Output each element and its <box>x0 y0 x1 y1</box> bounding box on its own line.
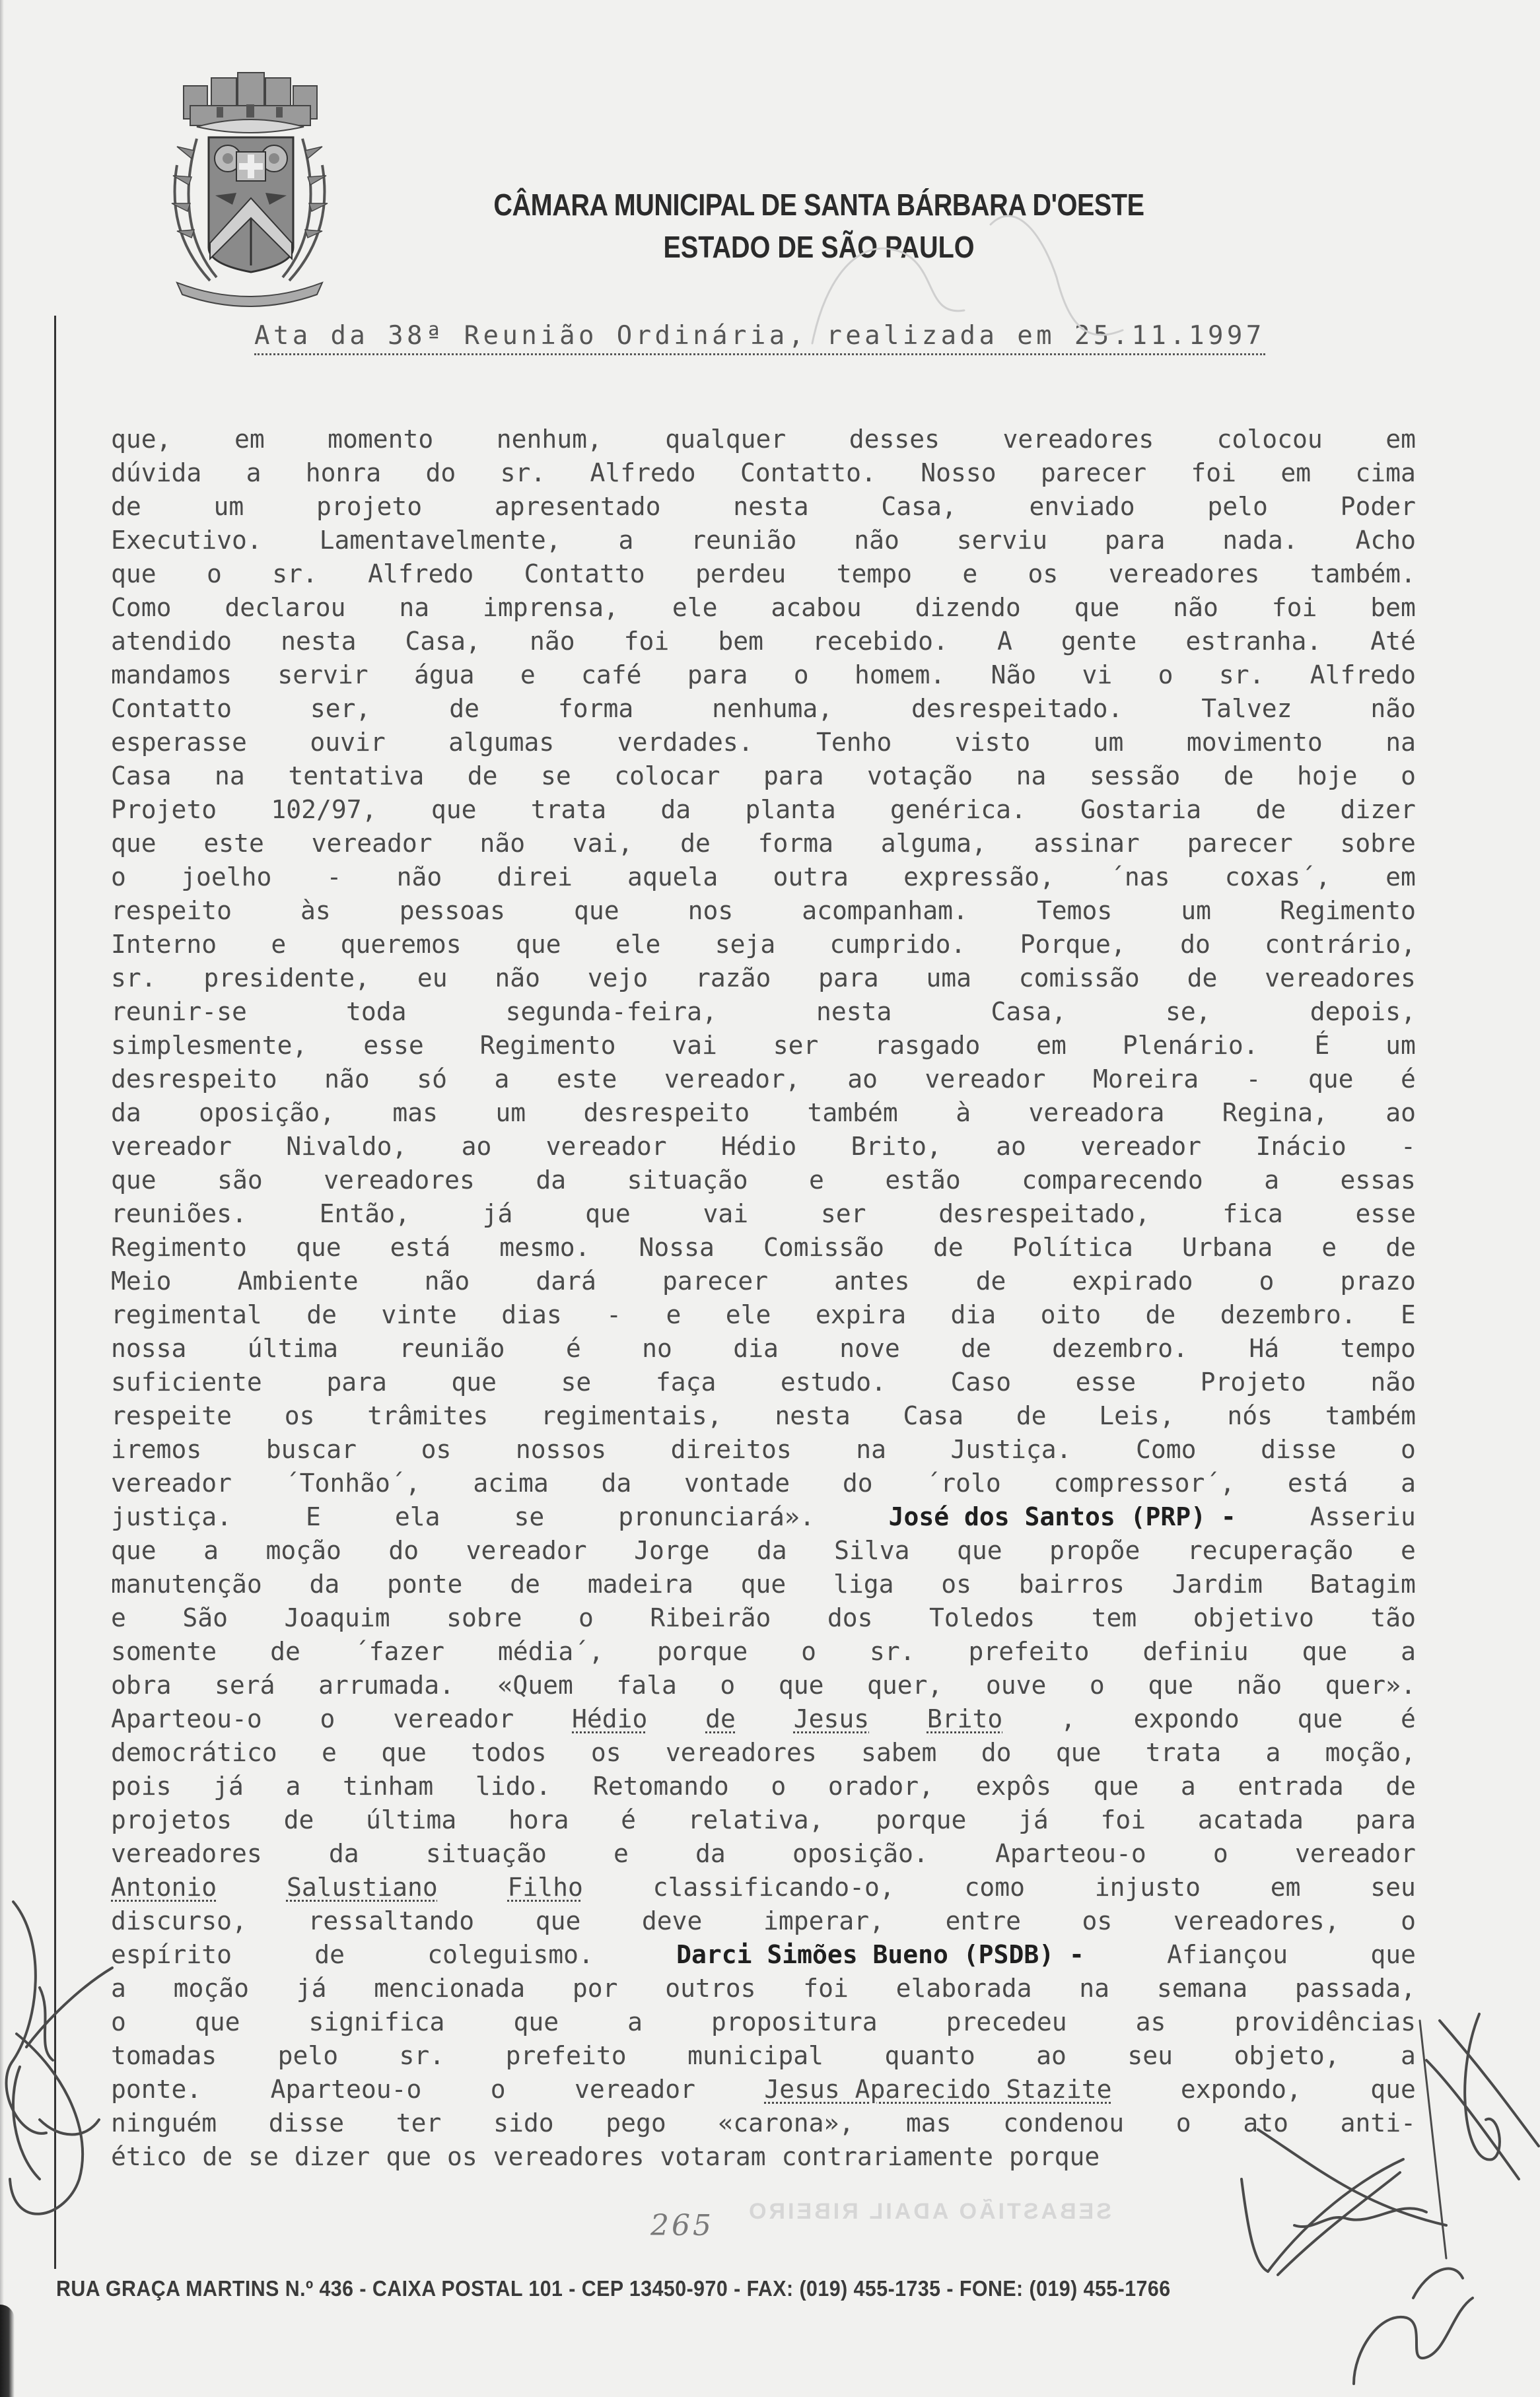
word: da <box>111 1096 141 1130</box>
word: toda <box>346 995 407 1029</box>
word: Nossa <box>639 1231 715 1265</box>
word: do <box>843 1467 873 1500</box>
word: planta <box>745 793 835 827</box>
word: Projeto <box>111 793 217 827</box>
word: madeira <box>588 1568 693 1601</box>
text-line: sr.presidente,eunãovejorazãoparaumacomis… <box>111 961 1416 995</box>
word: esse <box>363 1029 424 1062</box>
word: na <box>399 591 429 625</box>
word: da <box>757 1534 787 1568</box>
word: o <box>578 1601 594 1635</box>
word: anti- <box>1341 2106 1416 2140</box>
word: são <box>217 1164 263 1197</box>
text-line: Regimentoqueestámesmo.NossaComissãodePol… <box>111 1231 1416 1265</box>
word: Jardim <box>1172 1568 1263 1601</box>
word: e <box>322 1736 337 1770</box>
word: que <box>1298 1702 1343 1736</box>
word: trâmites <box>367 1399 488 1433</box>
word: hora <box>508 1803 569 1837</box>
word: se, <box>1166 995 1211 1029</box>
word: mencionada <box>374 1972 525 2005</box>
word: a <box>203 1534 219 1568</box>
word: servir <box>277 658 368 692</box>
word: Ribeirão <box>650 1601 771 1635</box>
word: 102/97, <box>271 793 376 827</box>
word: que <box>111 1164 157 1197</box>
word: sr. <box>272 557 318 591</box>
word: lido. <box>475 1770 551 1803</box>
word: justiça. <box>111 1500 232 1534</box>
text-line: iremosbuscarosnossosdireitosnaJustiça.Co… <box>111 1433 1416 1467</box>
institution-name: CÂMARA MUNICIPAL DE SANTA BÁRBARA D'OEST… <box>433 185 1205 225</box>
word: que, <box>111 423 172 456</box>
text-line: éticodesedizerqueosvereadoresvotaramcont… <box>111 2140 1416 2174</box>
word: Regina, <box>1222 1096 1328 1130</box>
word: para <box>763 759 824 793</box>
word: ponte <box>387 1568 462 1601</box>
word: somente <box>111 1635 217 1669</box>
word: - <box>327 860 342 894</box>
speaker-name: Darci Simões Bueno (PSDB) - <box>676 1938 1084 1972</box>
word: significa <box>309 2005 445 2039</box>
word: à <box>956 1096 971 1130</box>
word: nove <box>839 1332 900 1366</box>
word: que <box>381 1736 427 1770</box>
word: se <box>561 1366 592 1399</box>
word: fala <box>616 1669 677 1702</box>
page-number: 265 <box>650 2209 714 2242</box>
word: em <box>1036 1029 1067 1062</box>
text-line: oquesignificaqueaproposituraprecedeuaspr… <box>111 2005 1416 2039</box>
word: cumprido. <box>829 928 965 961</box>
word: Talvez <box>1201 692 1292 726</box>
word: ponte. <box>111 2073 201 2106</box>
word: de <box>449 692 479 726</box>
word: se <box>514 1500 544 1534</box>
word: da <box>602 1467 632 1500</box>
word: faça <box>656 1366 717 1399</box>
word: serviu <box>957 524 1047 557</box>
text-line: obraseráarrumada.«Quemfalaoquequer,ouveo… <box>111 1669 1416 1702</box>
word: de <box>111 490 141 524</box>
word: vereador <box>393 1702 514 1736</box>
word: tinham <box>343 1770 433 1803</box>
word: estudo. <box>781 1366 886 1399</box>
word: «Quem <box>497 1669 573 1702</box>
word: que <box>536 1904 581 1938</box>
text-line: tomadaspelosr.prefeitomunicipalquantoaos… <box>111 2039 1416 2073</box>
word: nesta <box>816 995 892 1029</box>
scan-shadow-corner <box>0 2305 15 2397</box>
text-line: eSãoJoaquimsobreoRibeirãodosToledostemob… <box>111 1601 1416 1635</box>
word: moção, <box>1325 1736 1416 1770</box>
word: buscar <box>266 1433 357 1467</box>
word: razão <box>695 961 771 995</box>
word: Caso <box>951 1366 1012 1399</box>
word: porque <box>876 1803 966 1837</box>
word: será <box>215 1669 275 1702</box>
word: Batagim <box>1310 1568 1416 1601</box>
word: coleguismo. <box>427 1938 594 1972</box>
word: nesta <box>775 1399 850 1433</box>
word: democrático <box>111 1736 277 1770</box>
word: os <box>1082 1904 1113 1938</box>
word: nenhuma, <box>712 692 833 726</box>
word: A <box>997 625 1012 658</box>
underlined-name: Jesus Aparecido Stazite <box>764 2073 1111 2106</box>
word: já <box>297 1972 327 2005</box>
word: situação <box>627 1164 748 1197</box>
word: de <box>270 1635 300 1669</box>
word: - <box>606 1298 621 1332</box>
word: honra <box>306 456 381 490</box>
word: o <box>771 1770 786 1803</box>
word: semana <box>1157 1972 1247 2005</box>
word: pois <box>111 1770 172 1803</box>
word: ´fazer <box>354 1635 444 1669</box>
word: precedeu <box>946 2005 1067 2039</box>
text-line: atendidonestaCasa,nãofoibemrecebido.Agen… <box>111 625 1416 658</box>
text-line: desrespeitonãosóaestevereador,aovereador… <box>111 1062 1416 1096</box>
word: de <box>314 1938 345 1972</box>
word: a <box>286 1770 301 1803</box>
text-line: vereadorNivaldo,aovereadorHédioBrito,aov… <box>111 1130 1416 1164</box>
word: por <box>573 1972 618 2005</box>
word: não <box>397 860 442 894</box>
word: o <box>1259 1265 1275 1298</box>
word: acompanham. <box>802 894 968 928</box>
word: algumas <box>448 726 554 759</box>
word: contrariamente <box>782 2140 993 2174</box>
word: já <box>1018 1803 1049 1837</box>
word: o <box>207 557 222 591</box>
word: alguma, <box>881 827 987 860</box>
word: gente <box>1061 625 1137 658</box>
word: não <box>854 524 899 557</box>
word: tempo <box>1341 1332 1416 1366</box>
word: última <box>366 1803 456 1837</box>
word: foi <box>1272 591 1317 625</box>
word: vontade <box>684 1467 790 1500</box>
word: vereador <box>1295 1837 1416 1871</box>
word: Brito, <box>851 1130 942 1164</box>
word: de <box>976 1265 1006 1298</box>
word: classificando-o, <box>653 1871 895 1904</box>
word: não <box>1236 1669 1282 1702</box>
minutes-body: que,emmomentonenhum,qualquerdessesveread… <box>111 423 1416 2174</box>
word: ato <box>1243 2106 1288 2140</box>
word: na <box>856 1433 886 1467</box>
word: recuperação <box>1187 1534 1354 1568</box>
word: É <box>1314 1029 1329 1062</box>
word: Aparteou-o <box>111 1702 262 1736</box>
word: colocar <box>614 759 720 793</box>
word: ouvir <box>310 726 385 759</box>
word: Moreira <box>1093 1062 1199 1096</box>
word: já <box>213 1770 244 1803</box>
word: o <box>1213 1837 1228 1871</box>
word: ser, <box>310 692 371 726</box>
word: vi <box>1082 658 1113 692</box>
word: regimentais, <box>541 1399 722 1433</box>
word: em <box>1385 423 1416 456</box>
word: de <box>680 827 711 860</box>
word: em <box>1271 1871 1301 1904</box>
word: que <box>195 2005 240 2039</box>
text-line: dúvidaahonradosr.AlfredoContatto.Nossopa… <box>111 456 1416 490</box>
word: todos <box>471 1736 546 1770</box>
word: hoje <box>1297 759 1358 793</box>
word: essas <box>1341 1164 1416 1197</box>
word: Há <box>1249 1332 1279 1366</box>
word: ao <box>847 1062 878 1096</box>
word: desrespeitado. <box>911 692 1123 726</box>
word: dizer <box>295 2140 370 2174</box>
word: em <box>234 423 265 456</box>
text-line: Casanatentativadesecolocarparavotaçãonas… <box>111 759 1416 793</box>
word: reunião <box>399 1332 505 1366</box>
word: que <box>1094 1770 1139 1803</box>
word: ao <box>1036 2039 1067 2073</box>
word: situação <box>426 1837 547 1871</box>
word: que <box>386 2140 431 2174</box>
word: que <box>431 793 477 827</box>
word: às <box>300 894 331 928</box>
word: mandamos <box>111 658 232 692</box>
word: rasgado <box>874 1029 980 1062</box>
word: E <box>1401 1298 1416 1332</box>
word: é <box>566 1332 581 1366</box>
word: vereador <box>546 1130 667 1164</box>
word: é <box>1401 1062 1416 1096</box>
word: do <box>1180 928 1210 961</box>
text-line: amoçãojámencionadaporoutrosfoielaboradan… <box>111 1972 1416 2005</box>
word: vinte <box>381 1298 456 1332</box>
word: Então, <box>320 1197 410 1231</box>
word: Regimento <box>480 1029 616 1062</box>
word: de <box>202 2140 232 2174</box>
word: forma <box>558 692 633 726</box>
word: Casa, <box>881 490 956 524</box>
word: nós <box>1227 1399 1273 1433</box>
word: sr. <box>501 456 546 490</box>
word: de <box>510 1568 540 1601</box>
word: e <box>809 1164 824 1197</box>
word: Plenário. <box>1123 1029 1259 1062</box>
word: E <box>306 1500 321 1534</box>
word: porque <box>1009 2140 1100 2174</box>
underlined-name: Filho <box>508 1871 583 1904</box>
text-line: manutençãodapontedemadeiraqueligaosbairr… <box>111 1568 1416 1601</box>
word: quer, <box>867 1669 942 1702</box>
word: os <box>941 1568 971 1601</box>
word: projeto <box>316 490 422 524</box>
word: os <box>591 1736 621 1770</box>
word: manutenção <box>111 1568 262 1601</box>
word: definiu <box>1142 1635 1248 1669</box>
word: que <box>451 1366 497 1399</box>
word: moção <box>265 1534 341 1568</box>
text-line: queestevereadornãovai,deformaalguma,assi… <box>111 827 1416 860</box>
word: a <box>494 1062 509 1096</box>
word: pronunciará». <box>618 1500 814 1534</box>
word: a <box>619 524 634 557</box>
word: e <box>520 658 536 692</box>
text-line: poisjáatinhamlido.Retomandooorador,expôs… <box>111 1770 1416 1803</box>
word: e <box>1321 1231 1337 1265</box>
word: bem <box>1370 591 1416 625</box>
word: dezembro. <box>1220 1298 1356 1332</box>
word: nossa <box>111 1332 186 1366</box>
word: objetivo <box>1193 1601 1314 1635</box>
word: café <box>581 658 642 692</box>
word: e <box>962 557 977 591</box>
word: da <box>536 1164 566 1197</box>
word: esperasse <box>111 726 247 759</box>
word: os <box>1028 557 1059 591</box>
underlined-name: Jesus <box>794 1702 869 1736</box>
word: ninguém <box>111 2106 217 2140</box>
word: ser <box>773 1029 819 1062</box>
text-line: respeiteostrâmitesregimentais,nestaCasad… <box>111 1399 1416 1433</box>
word: Lamentavelmente, <box>320 524 561 557</box>
word: respeite <box>111 1399 232 1433</box>
word: que <box>1302 1635 1348 1669</box>
word: de <box>468 759 498 793</box>
scan-shadow-left <box>0 0 4 2397</box>
word: só <box>417 1062 447 1096</box>
word: Não <box>991 658 1037 692</box>
word: está <box>1288 1467 1348 1500</box>
word: o <box>1401 1904 1416 1938</box>
word: discurso, <box>111 1904 247 1938</box>
word: na <box>1079 1972 1109 2005</box>
word: votação <box>867 759 973 793</box>
text-line: Internoequeremosqueelesejacumprido.Porqu… <box>111 928 1416 961</box>
word: eu <box>417 961 448 995</box>
word: que <box>574 894 619 928</box>
text-line: reuniões.Então,jáquevaiserdesrespeitado,… <box>111 1197 1416 1231</box>
text-line: ninguémdissetersidopego«carona»,masconde… <box>111 2106 1416 2140</box>
word: , <box>1061 1702 1076 1736</box>
word: que <box>1370 1938 1416 1972</box>
word: e <box>666 1298 681 1332</box>
word: a <box>1401 2039 1416 2073</box>
text-line: vereadoresdasituaçãoedaoposição.Aparteou… <box>111 1837 1416 1871</box>
word: passada, <box>1295 1972 1416 2005</box>
word: quer». <box>1325 1669 1416 1702</box>
word: desses <box>849 423 940 456</box>
word: do <box>388 1534 419 1568</box>
word: dizendo <box>915 591 1021 625</box>
word: atendido <box>111 625 232 658</box>
word: o <box>1401 1433 1416 1467</box>
word: Nivaldo, <box>286 1130 407 1164</box>
word: não <box>1173 591 1218 625</box>
word: Contatto. <box>740 456 876 490</box>
text-line: Aparteou-oovereadorHédiodeJesusBrito,exp… <box>111 1702 1416 1736</box>
word: imprensa, <box>483 591 619 625</box>
word: Alfredo <box>368 557 473 591</box>
word: pelo <box>278 2039 339 2073</box>
word: Alfredo <box>590 456 696 490</box>
word: também <box>808 1096 898 1130</box>
word: trata <box>531 793 606 827</box>
word: que <box>1148 1669 1193 1702</box>
word: do <box>426 456 456 490</box>
word: entrada <box>1238 1770 1343 1803</box>
word: dizer <box>1340 793 1415 827</box>
word: que <box>741 1568 787 1601</box>
word: o <box>1401 759 1416 793</box>
word: São <box>182 1601 228 1635</box>
text-line: deumprojetoapresentadonestaCasa,enviadop… <box>111 490 1416 524</box>
word: queremos <box>341 928 462 961</box>
word: água <box>414 658 475 692</box>
word: da <box>695 1837 726 1871</box>
word: declarou <box>225 591 345 625</box>
word: expondo, <box>1181 2073 1302 2106</box>
word: - <box>1401 1130 1416 1164</box>
word: Afiançou <box>1167 1938 1288 1972</box>
word: não <box>1370 1366 1416 1399</box>
word: nesta <box>733 490 808 524</box>
word: nenhum, <box>497 423 602 456</box>
word: providências <box>1234 2005 1416 2039</box>
word: de <box>961 1332 991 1366</box>
word: Casa, <box>991 995 1067 1029</box>
state-name: ESTADO DE SÃO PAULO <box>433 227 1205 267</box>
word: ela <box>395 1500 440 1534</box>
text-line: ojoelho-nãodireiaquelaoutraexpressão,´na… <box>111 860 1416 894</box>
word: ter <box>396 2106 442 2140</box>
text-line: daoposição,masumdesrespeitotambémàveread… <box>111 1096 1416 1130</box>
word: seu <box>1127 2039 1173 2073</box>
word: Toledos <box>929 1601 1035 1635</box>
word: ele <box>672 591 718 625</box>
word: que <box>111 557 157 591</box>
word: a <box>1181 1770 1196 1803</box>
word: seja <box>715 928 776 961</box>
word: vereador, <box>664 1062 800 1096</box>
word: deve <box>642 1904 703 1938</box>
word: suficiente <box>111 1366 262 1399</box>
underlined-name: Antonio <box>111 1871 217 1904</box>
word: já <box>483 1197 513 1231</box>
word: dia <box>733 1332 779 1366</box>
word: propõe <box>1049 1534 1140 1568</box>
word: Jorge <box>634 1534 709 1568</box>
word: mas <box>906 2106 952 2140</box>
word: acatada <box>1198 1803 1304 1837</box>
margin-rule <box>54 316 56 2269</box>
speaker-name: José dos Santos (PRP) - <box>889 1500 1236 1534</box>
word: de <box>306 1298 337 1332</box>
word: bairros <box>1019 1568 1125 1601</box>
text-line: que,emmomentonenhum,qualquerdessesveread… <box>111 423 1416 456</box>
word: Silva <box>834 1534 909 1568</box>
word: Justiça. <box>951 1433 1072 1467</box>
word: entre <box>946 1904 1021 1938</box>
word: ´Tonhão´, <box>285 1467 421 1500</box>
word: outra <box>773 860 849 894</box>
word: parecer <box>662 1265 768 1298</box>
word: ao <box>1385 1096 1416 1130</box>
word: as <box>1136 2005 1166 2039</box>
word: pego <box>606 2106 666 2140</box>
word: ressaltando <box>308 1904 474 1938</box>
word: Como <box>111 591 172 625</box>
